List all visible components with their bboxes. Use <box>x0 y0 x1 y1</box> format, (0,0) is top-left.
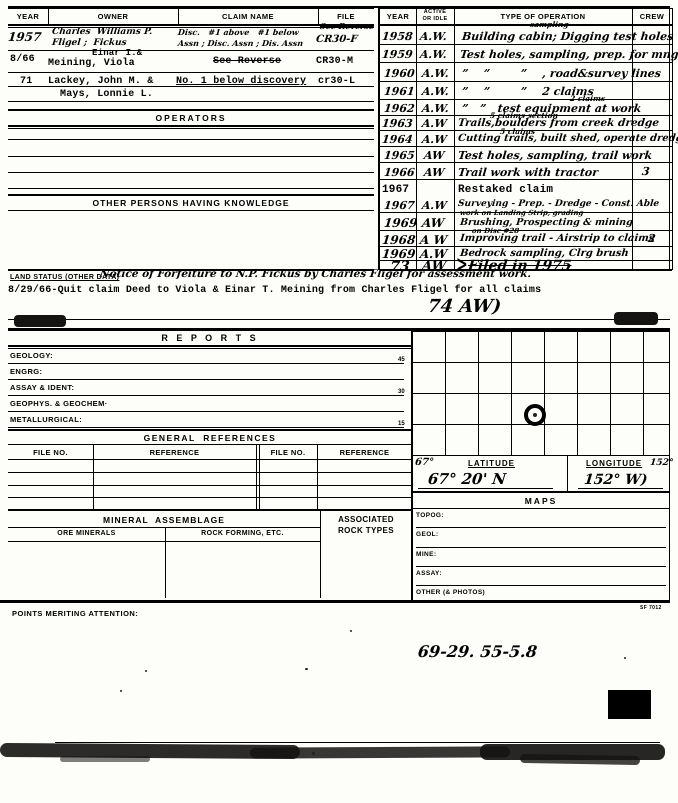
mineral-assemblage-title: MINERAL ASSEMBLAGE <box>8 515 320 525</box>
form-number: SF 7012 <box>640 605 662 611</box>
operators-header: OPERATORS <box>8 113 374 123</box>
handwritten-catalog-number: 69-29. 55-5.8 <box>417 642 538 661</box>
rule <box>8 345 412 347</box>
land-status-typed: 8/29/66-Quit claim Deed to Viola & Einar… <box>8 285 541 296</box>
claims-table: YEAR OWNER CLAIM NAME FILE 1957 Charles … <box>8 8 374 270</box>
rule <box>416 547 666 548</box>
claim-row-year: 8/66 <box>10 54 35 65</box>
ops-year: 1969 <box>383 216 418 230</box>
rule <box>0 600 670 603</box>
scan-smudge <box>250 746 510 758</box>
report-row-label: ENGRG: <box>10 367 42 376</box>
ops-operation: Building cabin; Digging test holes <box>461 30 674 43</box>
scan-smudge <box>520 754 640 765</box>
associated-rock-types-header: ASSOCIATED <box>320 515 412 524</box>
rule <box>318 8 319 24</box>
ops-crew: 3 <box>641 165 650 178</box>
col-header-year: YEAR <box>380 12 416 21</box>
rule <box>8 50 374 51</box>
col-header-owner: OWNER <box>48 12 178 21</box>
rule <box>55 742 660 743</box>
rule <box>8 172 374 173</box>
refs-col-header: FILE NO. <box>8 448 93 457</box>
rule <box>165 527 166 598</box>
ops-status: A.W. <box>419 48 447 61</box>
ops-year: 1962 <box>383 102 415 115</box>
scan-noise <box>350 630 352 632</box>
longitude-suffix: 152° <box>649 458 673 468</box>
ops-status: A W <box>419 233 447 247</box>
rule <box>259 444 260 510</box>
rule <box>8 8 374 9</box>
claim-row-file: CR30-M <box>316 56 353 67</box>
ops-status: A.W <box>421 133 447 146</box>
ops-status: A.W. <box>421 102 449 115</box>
rule <box>8 497 412 498</box>
report-row-label: ASSAY & IDENT: <box>10 383 74 392</box>
col-header-claim-name: CLAIM NAME <box>178 12 318 21</box>
rule <box>8 125 374 127</box>
rule <box>8 72 374 73</box>
rule <box>8 395 404 396</box>
claim-row-claim-name: See Reverse <box>213 56 281 67</box>
scan-noise <box>120 690 122 692</box>
ops-row: 1959 A.W. Test holes, sampling, prep. fo… <box>380 45 672 63</box>
rule <box>8 188 374 189</box>
scan-blot <box>14 315 66 327</box>
col-header-crew: CREW <box>632 12 672 21</box>
refs-col-header: REFERENCE <box>317 448 412 457</box>
rule <box>8 459 412 460</box>
location-grid <box>413 331 669 455</box>
ops-operation: Test holes, sampling, trail work <box>457 149 653 162</box>
scan-noise <box>145 670 147 672</box>
ops-row: 1961 A.W. ” ” ” 2 claims <box>380 82 672 100</box>
rule <box>8 411 404 412</box>
rule <box>8 101 374 102</box>
rule <box>8 156 374 157</box>
ops-operation: Trails,boulders from creek dredge <box>457 117 659 129</box>
ops-year: 1961 <box>383 85 415 98</box>
ops-row: 1967 Restaked claim <box>380 180 672 197</box>
rule <box>567 455 568 491</box>
ops-year: 1959 <box>381 48 413 61</box>
operations-table: YEAR ACTIVE OR IDLE TYPE OF OPERATION CR… <box>378 8 673 270</box>
rule <box>8 348 412 349</box>
report-row-label: METALLURGICAL: <box>10 415 82 424</box>
maps-title: MAPS <box>412 496 670 506</box>
ops-status: A.W <box>421 199 447 212</box>
col-header-active: ACTIVE <box>416 9 454 15</box>
ops-row: 1964 A.W 5 claims Cutting trails, built … <box>380 131 672 147</box>
ops-year: 1968 <box>381 233 416 247</box>
ops-status: A.W. <box>419 30 447 43</box>
refs-col-header: FILE NO. <box>259 448 317 457</box>
latitude-value: 67° 20' N <box>427 470 507 488</box>
land-status-handwritten: Notice of Forfeiture to N.P. Fickus by C… <box>99 268 531 280</box>
rule <box>8 109 374 111</box>
ops-row: 1966 AW Trail work with tractor 3 <box>380 163 672 180</box>
ops-year: 1965 <box>383 149 415 162</box>
ops-crew: 2 <box>647 232 656 245</box>
ops-status: A.W. <box>421 85 449 98</box>
rule <box>418 488 553 489</box>
col-header-year: YEAR <box>8 12 48 21</box>
rule <box>8 86 374 87</box>
map-row-label: TOPOG: <box>416 512 444 519</box>
rule <box>8 139 374 140</box>
rock-forming-header: ROCK FORMING, ETC. <box>165 530 320 537</box>
ops-operation: Trail work with tractor <box>457 166 598 179</box>
rule <box>412 491 670 493</box>
ops-note: sampling <box>530 20 570 29</box>
rule <box>8 527 320 528</box>
map-row-label: OTHER (& PHOTOS) <box>416 589 485 596</box>
map-row-label: GEOL: <box>416 531 439 538</box>
scan-noise <box>624 657 626 659</box>
rule <box>8 485 412 486</box>
claim-row-owner: Einar I.& <box>92 48 142 58</box>
rule <box>48 8 49 24</box>
points-meriting-attention-label: POINTS MERITING ATTENTION: <box>12 609 138 618</box>
rule <box>416 566 666 567</box>
scan-blot <box>614 312 658 325</box>
rule <box>8 429 412 431</box>
ops-operation: Test holes, sampling, prep. for mng. <box>459 48 678 61</box>
rule <box>8 194 374 196</box>
claim-row-owner: Charles Williams P. <box>51 27 152 37</box>
ops-operation: Cutting trails, built shed, operate dred… <box>457 133 678 144</box>
refs-col-header: REFERENCE <box>93 448 256 457</box>
associated-rock-types-header: ROCK TYPES <box>320 526 412 535</box>
claim-row-file-note: See Reverse <box>319 21 374 31</box>
scan-noise <box>312 752 315 755</box>
scan-smudge <box>60 756 150 762</box>
ops-row: 1968 A W on Disc #28 Improving trail - A… <box>380 231 672 247</box>
claim-row-owner: Fligel ; Fickus <box>51 38 127 48</box>
ops-operation: Improving trail - Airstrip to claims <box>459 233 655 244</box>
claim-row-owner: Mays, Lonnie L. <box>60 89 153 100</box>
rule <box>8 472 412 473</box>
general-references-title: GENERAL REFERENCES <box>8 433 412 443</box>
ore-minerals-header: ORE MINERALS <box>8 530 165 537</box>
location-marker-dot <box>533 413 537 417</box>
claim-row-file: CR30-F <box>315 34 358 45</box>
ops-year: 1966 <box>383 166 415 179</box>
longitude-label: LONGITUDE <box>586 459 642 468</box>
report-row-label: GEOPHYS. & GEOCHEM· <box>10 399 108 408</box>
col-header-file: FILE <box>318 12 374 21</box>
ops-row: 1958 A.W. sampling Building cabin; Diggi… <box>380 26 672 45</box>
rule <box>8 319 670 320</box>
ops-year: 1967 <box>382 184 409 196</box>
rule <box>93 444 94 510</box>
land-status-annotation: 74 AW) <box>427 296 502 317</box>
ops-year: 1960 <box>383 67 415 80</box>
ops-year: 1964 <box>381 133 413 146</box>
rule <box>8 379 404 380</box>
rule <box>412 508 670 509</box>
rule <box>578 488 663 489</box>
ops-year: 1963 <box>381 117 413 130</box>
other-persons-header: OTHER PERSONS HAVING KNOWLEDGE <box>8 198 374 208</box>
map-row-label: ASSAY: <box>416 570 442 577</box>
ops-operation: Restaked claim <box>458 184 553 196</box>
ops-status: AW <box>423 166 445 179</box>
ops-row: 1969 AW work on Landing Strip, grading B… <box>380 213 672 231</box>
rule <box>320 511 321 598</box>
black-square-mark <box>608 690 651 719</box>
ops-year: 1958 <box>381 30 413 43</box>
scanned-mining-claim-record: YEAR OWNER CLAIM NAME FILE 1957 Charles … <box>0 0 678 803</box>
rule <box>8 128 374 129</box>
col-header-active: OR IDLE <box>416 16 454 22</box>
rule <box>8 427 404 428</box>
map-row-label: MINE: <box>416 551 436 558</box>
rule <box>412 455 670 456</box>
rule <box>416 527 666 528</box>
rule <box>256 444 257 510</box>
rule <box>317 444 318 510</box>
rule <box>8 210 374 211</box>
claim-row-claim-name: Assn ; Disc. Assn ; Dis. Assn <box>177 38 303 48</box>
ops-status: AW <box>421 216 445 230</box>
latitude-prefix: 67° <box>414 457 434 468</box>
rule <box>8 444 412 445</box>
ops-row: 1960 A.W. ” ” ” , road&survey lines <box>380 63 672 82</box>
claim-row-owner: Meining, Viola <box>48 58 135 69</box>
rule <box>8 363 404 364</box>
reports-title: R E P O R T S <box>8 333 412 343</box>
rule <box>178 8 179 24</box>
ops-status: AW <box>423 149 445 162</box>
rule <box>416 585 666 586</box>
report-row-label: GEOLOGY: <box>10 351 53 360</box>
longitude-value: 152° W) <box>583 472 648 488</box>
ops-year: 1967 <box>383 199 415 212</box>
latitude-label: LATITUDE <box>468 459 515 468</box>
scan-noise <box>305 668 308 670</box>
rule <box>669 8 670 270</box>
ops-note: work on Landing Strip, grading <box>460 208 584 217</box>
rule <box>8 509 412 511</box>
ops-status: A.W. <box>421 67 449 80</box>
claim-row-claim-name: Disc. #1 above #1 below <box>177 27 299 37</box>
rule <box>8 541 320 542</box>
claim-row-year: 1957 <box>7 30 42 44</box>
ops-status: A.W <box>421 117 447 130</box>
ops-row: 1965 AW Test holes, sampling, trail work <box>380 147 672 163</box>
ops-operation: ” ” ” , road&survey lines <box>461 67 661 80</box>
